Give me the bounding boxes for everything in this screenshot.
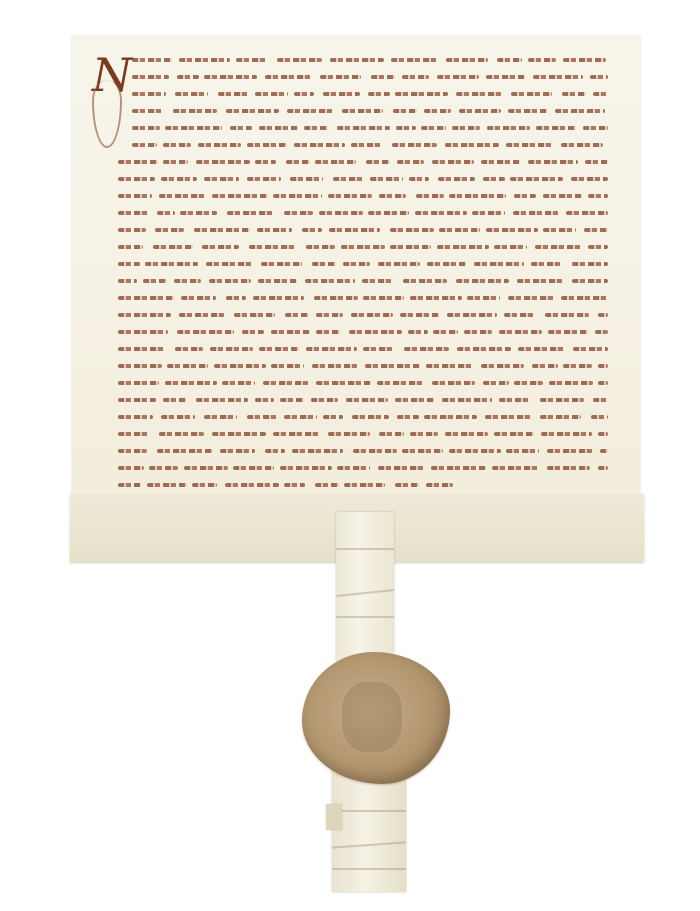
seal-strap-lower — [332, 770, 406, 892]
wax-seal — [302, 652, 450, 784]
manuscript-text — [118, 58, 618, 500]
text-line — [118, 398, 618, 400]
text-line — [118, 313, 618, 315]
text-line — [118, 330, 618, 332]
text-line — [118, 245, 618, 247]
text-line — [118, 483, 618, 485]
text-line — [118, 194, 618, 196]
text-line — [118, 92, 618, 94]
seal-impression — [342, 682, 402, 752]
text-line — [118, 415, 618, 417]
text-line — [118, 160, 618, 162]
text-line — [118, 75, 618, 77]
text-line — [118, 432, 618, 434]
text-line — [118, 381, 618, 383]
strap-tab — [326, 804, 342, 830]
text-line — [118, 296, 618, 298]
text-line — [118, 466, 618, 468]
text-line — [118, 58, 618, 60]
text-line — [118, 211, 618, 213]
text-line — [118, 262, 618, 264]
text-line — [118, 126, 618, 128]
text-line — [118, 347, 618, 349]
text-line — [118, 228, 618, 230]
text-line — [118, 143, 618, 145]
seal-strap-upper — [336, 512, 394, 662]
text-line — [118, 177, 618, 179]
text-line — [118, 364, 618, 366]
text-line — [118, 109, 618, 111]
text-line — [118, 449, 618, 451]
text-line — [118, 279, 618, 281]
